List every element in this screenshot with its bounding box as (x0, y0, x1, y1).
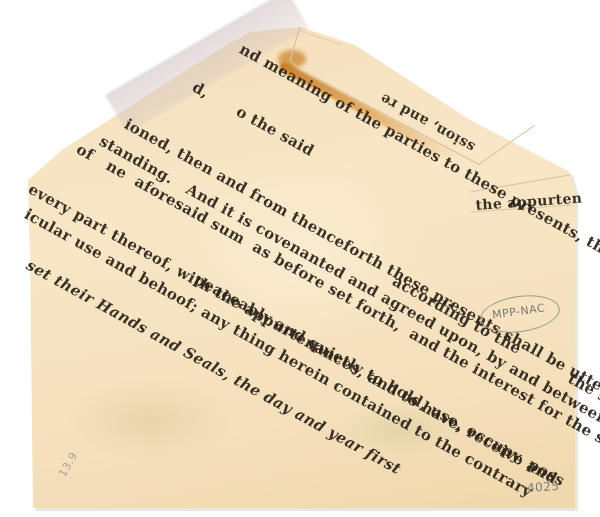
envelope-photo: nd meaning of the parties to these prese… (0, 0, 600, 517)
pencil-catalog-number: 4025 (527, 479, 560, 495)
